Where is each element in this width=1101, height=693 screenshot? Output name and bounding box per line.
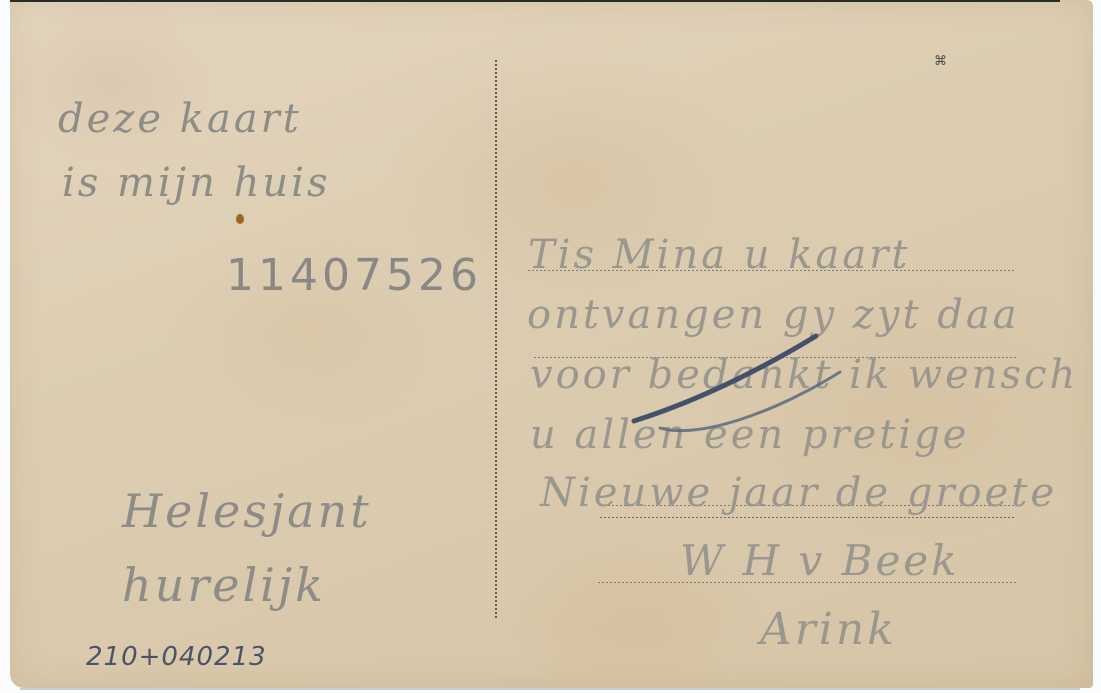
card-bottom-edge <box>20 688 1080 690</box>
signature-line: W H v Beek <box>680 536 960 585</box>
message-line-1: Tis Mina u kaart <box>528 232 910 278</box>
card-top-edge <box>10 0 1060 2</box>
reference-number: 11407526 <box>226 250 482 301</box>
stamp-corner-icon: ⌘ <box>934 54 947 69</box>
message-line-4: u allen een pretige <box>530 412 969 458</box>
ink-stain <box>236 214 244 224</box>
closing-line-1: Helesjant <box>122 484 372 538</box>
signature-place: Arink <box>760 604 897 655</box>
message-line-2: ontvangen gy zyt daa <box>527 292 1020 338</box>
message-line-5: Nieuwe jaar de groete <box>540 470 1057 516</box>
message-line-3: voor bedankt ik wensch <box>530 352 1078 398</box>
note-line-2: is mijn huis <box>62 160 330 206</box>
catalog-number: 210+040213 <box>86 642 267 672</box>
address-divider-line <box>495 60 497 620</box>
closing-line-2: hurelijk <box>122 558 326 612</box>
address-line-4 <box>600 517 1016 518</box>
note-line-1: deze kaart <box>58 96 302 142</box>
